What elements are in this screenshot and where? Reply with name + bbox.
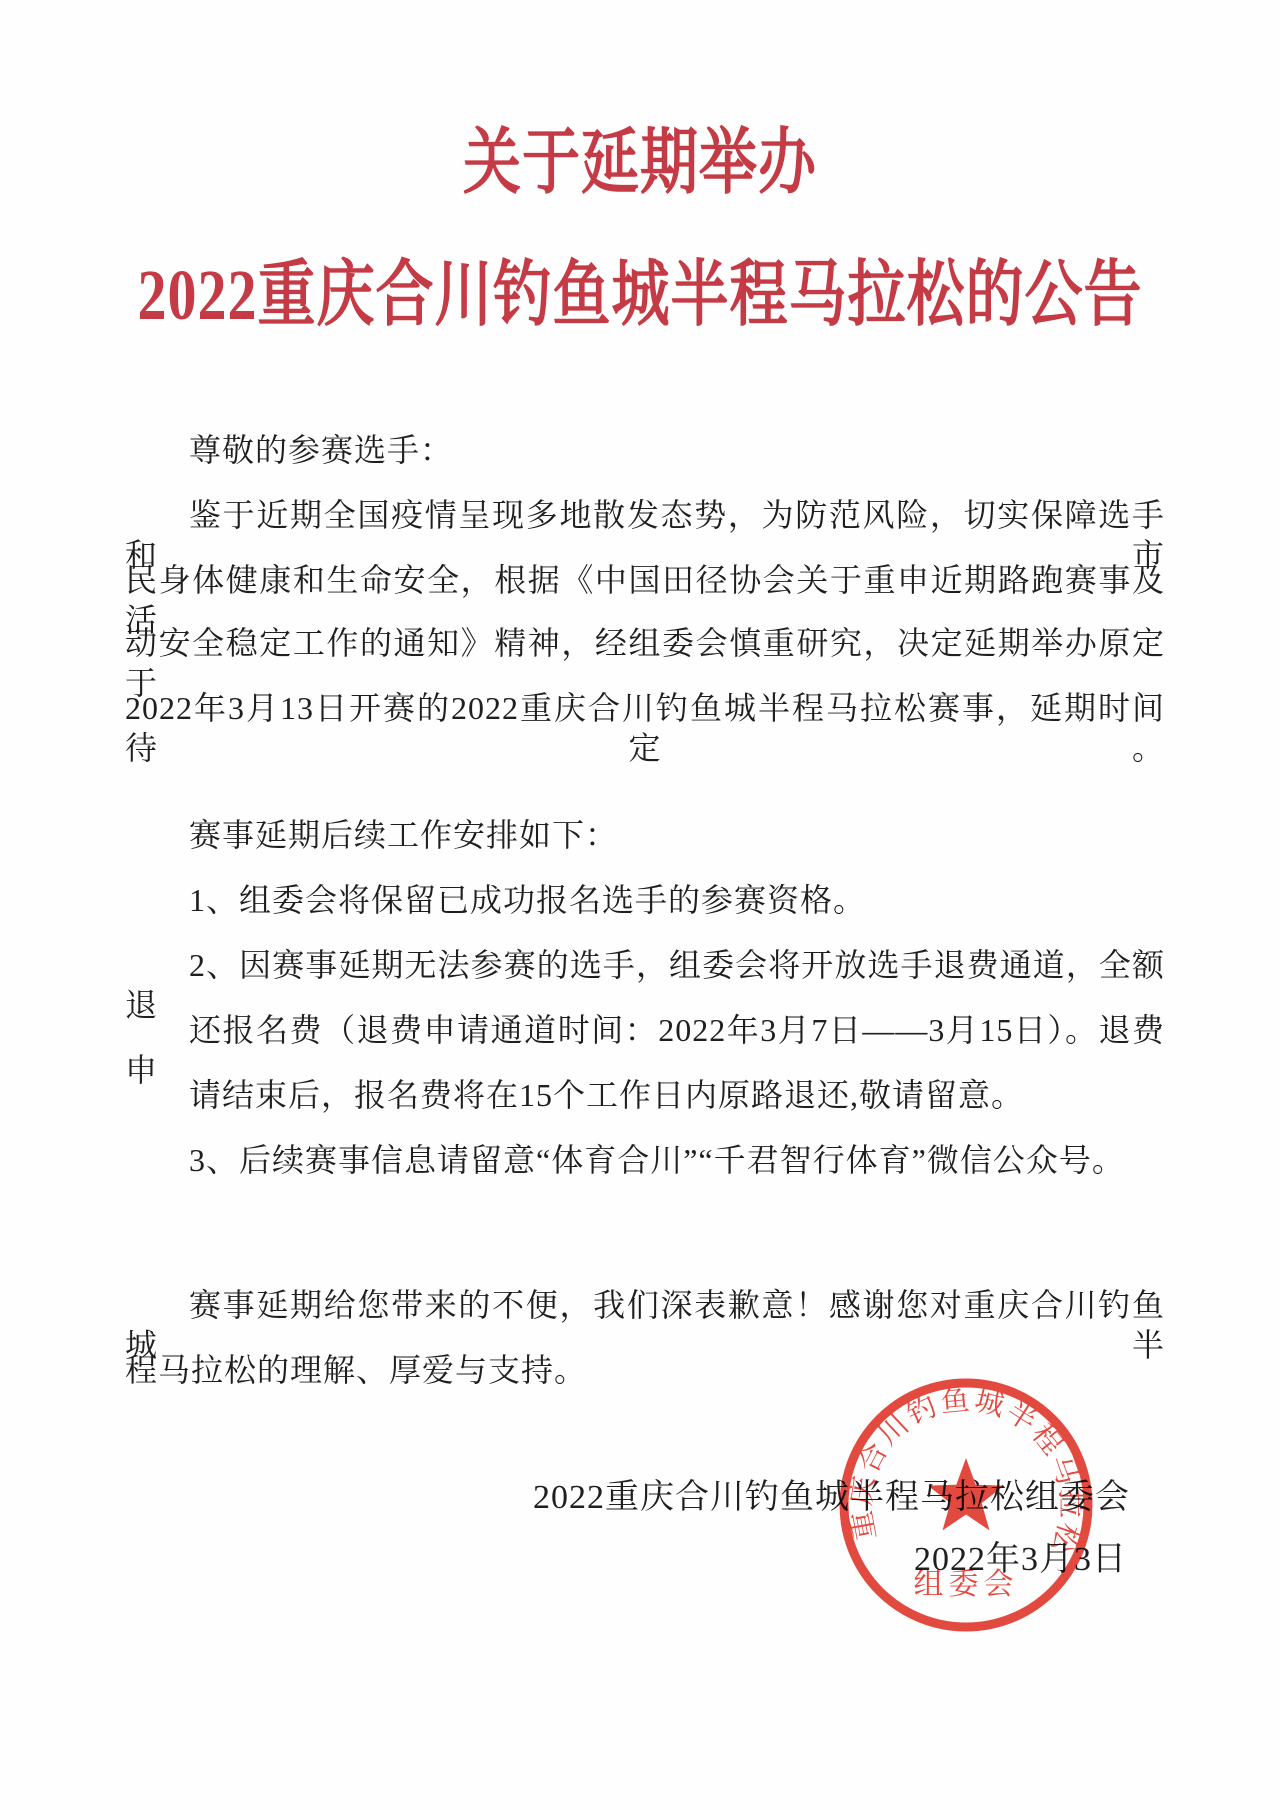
seal-bottom-text: 组委会 — [914, 1568, 1019, 1601]
body-line-item-3: 3、后续赛事信息请留意“体育合川”“千君智行体育”微信公众号。 — [125, 1140, 1165, 1180]
title-line-1-text: 关于延期举办 — [463, 104, 817, 208]
body-line-item-1: 1、组委会将保留已成功报名选手的参赛资格。 — [125, 880, 1165, 920]
committee-seal: 重庆合川钓鱼城半程马拉松 组委会 — [800, 1340, 1120, 1660]
title-line-2: 2022重庆合川钓鱼城半程马拉松的公告 — [0, 236, 1280, 320]
title-line-2-text: 2022重庆合川钓鱼城半程马拉松的公告 — [137, 236, 1142, 340]
body-line: 请结束后，报名费将在15个工作日内原路退还,敬请留意。 — [125, 1075, 1165, 1115]
announcement-page: 关于延期举办 2022重庆合川钓鱼城半程马拉松的公告 尊敬的参赛选手： 鉴于近期… — [0, 0, 1280, 1810]
body-line-arrangement-heading: 赛事延期后续工作安排如下： — [125, 815, 1165, 855]
title-line-1: 关于延期举办 — [0, 104, 1280, 188]
body-line-salutation: 尊敬的参赛选手： — [125, 430, 1165, 470]
seal-star-icon — [928, 1458, 1004, 1530]
body-line: 2022年3月13日开赛的2022重庆合川钓鱼城半程马拉松赛事，延期时间待定。 — [125, 688, 1165, 768]
